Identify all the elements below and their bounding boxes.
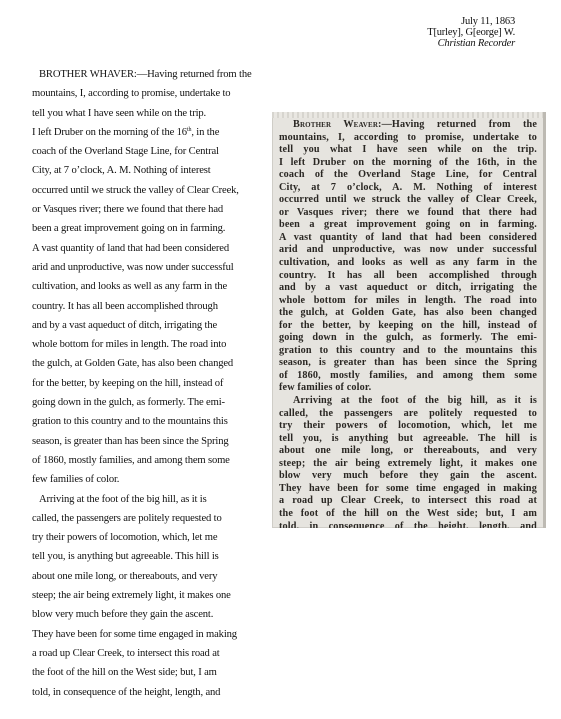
clipping-line: called, the passengers are politely requ… (279, 408, 537, 421)
clipping-line: season, is greater than has been since t… (279, 357, 537, 370)
text-line: tell you what I have seen while on the t… (32, 104, 264, 123)
newspaper-clipping-image: Brother Weaver:—Having returned from the… (272, 112, 546, 528)
clipping-line: try their powers of locomotion, which, l… (279, 420, 537, 433)
clipping-line: been a great improvement going on in far… (279, 219, 537, 232)
date-label: July 11, 1863 (427, 16, 515, 27)
text-line: few families of color. (32, 470, 264, 489)
document-header: July 11, 1863 T[urley], G[eorge] W. Chri… (427, 16, 515, 49)
clipping-salutation: Brother Weaver (293, 119, 378, 130)
text-line: They have been for some time engaged in … (32, 625, 264, 644)
publication-label: Christian Recorder (427, 38, 515, 49)
text-line: mountains, I, according to promise, unde… (32, 84, 264, 103)
text-line: the foot of the hill on the West side; b… (32, 663, 264, 682)
text-line: tell you, is anything but agreeable. Thi… (32, 547, 264, 566)
clipping-line: gration to this country and to the mount… (279, 345, 537, 358)
text-line-suffix: , in the (191, 127, 219, 138)
clipping-text: Brother Weaver:—Having returned from the… (279, 119, 537, 528)
clipping-line: tell you, is anything but agreeable. The… (279, 433, 537, 446)
clipping-line: A vast quantity of land that had been co… (279, 232, 537, 245)
clipping-line: I left Druber on the morning of the 16th… (279, 157, 537, 170)
clipping-line: mountains, I, according to promise, unde… (279, 132, 537, 145)
author-label: T[urley], G[eorge] W. (427, 27, 515, 38)
clipping-line: steep; the air being extremely light, it… (279, 458, 537, 471)
text-line: steep; the air being extremely light, it… (32, 586, 264, 605)
text-line-main: I left Druber on the morning of the 16 (32, 127, 187, 138)
clipping-line: Brother Weaver:—Having returned from the (279, 119, 537, 132)
clipping-line: City, at 7 o’clock, A. M. Nothing of int… (279, 182, 537, 195)
clipping-line: about one mile long, or thereabouts, and… (279, 445, 537, 458)
clipping-line: of 1860, mostly families, and among them… (279, 370, 537, 383)
text-line: about one mile long, or thereabouts, and… (32, 567, 264, 586)
clipping-line: blow very much before they gain the asce… (279, 470, 537, 483)
text-line: a road up Clear Creek, to intersect this… (32, 644, 264, 663)
text-line: whole bottom for miles in length. The ro… (32, 335, 264, 354)
text-line: BROTHER WHAVER:—Having returned from the (32, 65, 264, 84)
text-line: of 1860, mostly families, and among them… (32, 451, 264, 470)
text-line: been a great improvement going on in far… (32, 219, 264, 238)
text-line: City, at 7 o’clock, A. M. Nothing of int… (32, 161, 264, 180)
text-line: occurred until we struck the valley of C… (32, 181, 264, 200)
text-line: coach of the Overland Stage Line, for Ce… (32, 142, 264, 161)
text-line: gration to this country and to the mount… (32, 412, 264, 431)
clipping-line: tell you what I have seen while on the t… (279, 144, 537, 157)
text-line: Arriving at the foot of the big hill, as… (32, 490, 264, 509)
text-line: and by a vast aqueduct of ditch, irrigat… (32, 316, 264, 335)
text-line: for the better, by keeping on the hill, … (32, 374, 264, 393)
text-line: going down in the gulch, as formerly. Th… (32, 393, 264, 412)
text-line: arid and unproductive, was now under suc… (32, 258, 264, 277)
text-line: country. It has all been accomplished th… (32, 297, 264, 316)
clipping-line: going down in the gulch, as formerly. Th… (279, 332, 537, 345)
clipping-line-rest: :—Having returned from the (378, 119, 537, 130)
transcription-column: BROTHER WHAVER:—Having returned from the… (32, 65, 264, 702)
text-line: season, is greater than has been since t… (32, 432, 264, 451)
clipping-line: the foot of the hill on the West side; b… (279, 508, 537, 521)
text-line: told, in consequence of the height, leng… (32, 683, 264, 702)
text-line: A vast quantity of land that had been co… (32, 239, 264, 258)
text-line: or Vasques river; there we found that th… (32, 200, 264, 219)
clipping-line: whole bottom for miles in length. The ro… (279, 295, 537, 308)
clipping-line: They have been for some time engaged in … (279, 483, 537, 496)
text-line: try their powers of locomotion, which, l… (32, 528, 264, 547)
clipping-line: cultivation, and looks as well as any fa… (279, 257, 537, 270)
clipping-line: told, in consequence of the height, leng… (279, 521, 537, 529)
clipping-line: for the better, by keeping on the hill, … (279, 320, 537, 333)
clipping-line: and by a vast aqueduct or ditch, irrigat… (279, 282, 537, 295)
clipping-line: or Vasques river; there we found that th… (279, 207, 537, 220)
text-line: cultivation, and looks as well as any fa… (32, 277, 264, 296)
clipping-line: the gulch, at Golden Gate, has also been… (279, 307, 537, 320)
clipping-line: country. It has all been accomplished th… (279, 270, 537, 283)
clipping-line: a road up Clear Creek, to intersect this… (279, 495, 537, 508)
clipping-line: Arriving at the foot of the big hill, as… (279, 395, 537, 408)
clipping-line: arid and unproductive, was now under suc… (279, 244, 537, 257)
text-line: blow very much before they gain the asce… (32, 605, 264, 624)
text-line: I left Druber on the morning of the 16th… (32, 123, 264, 142)
text-line: called, the passengers are politely requ… (32, 509, 264, 528)
clipping-line: few families of color. (279, 382, 537, 395)
clipping-line: occurred until we struck the valley of C… (279, 194, 537, 207)
clipping-line: coach of the Overland Stage Line, for Ce… (279, 169, 537, 182)
text-line: the gulch, at Golden Gate, has also been… (32, 354, 264, 373)
